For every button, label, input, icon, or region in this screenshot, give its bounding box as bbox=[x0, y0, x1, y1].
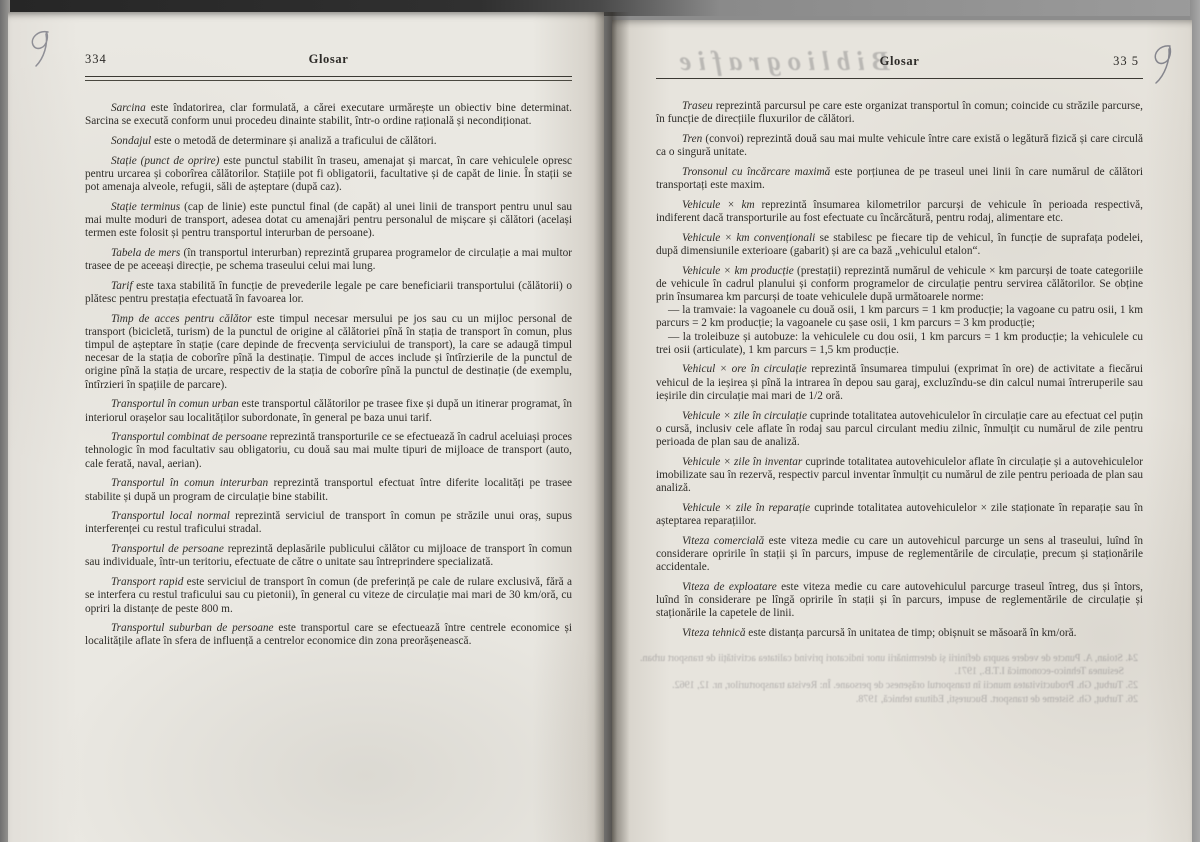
glossary-term: Tren bbox=[682, 133, 702, 145]
glossary-term: Tronsonul cu încărcare maximă bbox=[682, 166, 830, 178]
glossary-entry: Transportul în comun urban este transpor… bbox=[85, 398, 572, 424]
book-page-left: 334 Glosar Sarcina este îndatorirea, cla… bbox=[8, 12, 604, 842]
glossary-entry: Stație (punct de oprire) este punctul st… bbox=[85, 155, 572, 195]
glossary-entry: Viteza tehnică este distanța parcursă în… bbox=[656, 627, 1143, 640]
page-header-right: Glosar 33 5 bbox=[656, 54, 1143, 74]
glossary-entry-text: Viteza de exploatare este viteza medie c… bbox=[656, 581, 1143, 621]
glossary-term: Transportul local normal bbox=[111, 510, 230, 522]
glossary-entry: Viteza de exploatare este viteza medie c… bbox=[656, 581, 1143, 621]
glossary-entry: Viteza comercială este viteza medie cu c… bbox=[656, 535, 1143, 575]
glossary-entry-text: Tabela de mers (în transportul interurba… bbox=[85, 247, 572, 273]
glossary-term: Tarif bbox=[111, 280, 133, 292]
glossary-entry-text: Traseu reprezintă parcursul pe care este… bbox=[656, 100, 1143, 126]
glossary-term: Tabela de mers bbox=[111, 247, 180, 259]
glossary-entry: Stație terminus (cap de linie) este punc… bbox=[85, 201, 572, 241]
glossary-term: Vehicule × zile în circulație bbox=[682, 410, 807, 422]
page-header-left: 334 Glosar bbox=[85, 52, 572, 72]
glossary-entry-text: Transportul local normal reprezintă serv… bbox=[85, 510, 572, 536]
running-title-right: Glosar bbox=[656, 54, 1143, 69]
glossary-term: Sondajul bbox=[111, 135, 151, 147]
glossary-term: Viteza comercială bbox=[682, 535, 764, 547]
glossary-entry: Vehicule × zile în reparație cuprinde to… bbox=[656, 502, 1143, 528]
glossary-entry: Vehicule × zile în inventar cuprinde tot… bbox=[656, 456, 1143, 496]
glossary-entry-subline: — la troleibuze și autobuze: la vehicule… bbox=[656, 331, 1143, 357]
glossary-entry: Transport rapid este serviciul de transp… bbox=[85, 576, 572, 616]
glossary-entries-right: Traseu reprezintă parcursul pe care este… bbox=[656, 100, 1143, 640]
glossary-term: Vehicule × km producție bbox=[682, 265, 794, 277]
running-title-left: Glosar bbox=[85, 52, 572, 67]
glossary-entry-text: Stație (punct de oprire) este punctul st… bbox=[85, 155, 572, 195]
glossary-term: Transportul suburban de persoane bbox=[111, 622, 274, 634]
glossary-entry: Transportul de persoane reprezintă depla… bbox=[85, 543, 572, 569]
glossary-entry: Tronsonul cu încărcare maximă este porți… bbox=[656, 166, 1143, 192]
glossary-entry: Traseu reprezintă parcursul pe care este… bbox=[656, 100, 1143, 126]
glossary-entries-left: Sarcina este îndatorirea, clar formulată… bbox=[85, 102, 572, 649]
glossary-entry: Timp de acces pentru călător este timpul… bbox=[85, 313, 572, 392]
glossary-entry-text: Transportul în comun interurban reprezin… bbox=[85, 477, 572, 503]
glossary-term: Vehicule × zile în inventar bbox=[682, 456, 802, 468]
glossary-term: Vehicule × zile în reparație bbox=[682, 502, 810, 514]
glossary-entry-text: Viteza tehnică este distanța parcursă în… bbox=[656, 627, 1143, 640]
glossary-entry-text: Sarcina este îndatorirea, clar formulată… bbox=[85, 102, 572, 128]
bleedthrough-line: 24. Stoian, A. Puncte de vedere asupra d… bbox=[640, 652, 1138, 678]
glossary-entry: Vehicule × zile în circulație cuprinde t… bbox=[656, 410, 1143, 450]
glossary-term: Viteza tehnică bbox=[682, 627, 745, 639]
glossary-term: Sarcina bbox=[111, 102, 146, 114]
glossary-entry: Vehicule × km producție (prestații) repr… bbox=[656, 265, 1143, 357]
glossary-entry: Vehicule × km reprezintă însumarea kilom… bbox=[656, 199, 1143, 225]
book-page-right: Bibliografie 24. Stoian, A. Puncte de ve… bbox=[612, 20, 1192, 842]
glossary-entry: Sarcina este îndatorirea, clar formulată… bbox=[85, 102, 572, 128]
glossary-entry-text: Stație terminus (cap de linie) este punc… bbox=[85, 201, 572, 241]
glossary-entry-text: Tarif este taxa stabilită în funcție de … bbox=[85, 280, 572, 306]
glossary-term: Vehicule × km bbox=[682, 199, 755, 211]
glossary-entry-text: Vehicule × zile în circulație cuprinde t… bbox=[656, 410, 1143, 450]
bleedthrough-line: 25. Turbuț, Gh. Productivitatea muncii î… bbox=[640, 679, 1138, 692]
glossary-entry-text: Vehicule × km convenționali se stabilesc… bbox=[656, 232, 1143, 258]
glossary-entry-text: Tren (convoi) reprezintă două sau mai mu… bbox=[656, 133, 1143, 159]
glossary-entry-text: Transport rapid este serviciul de transp… bbox=[85, 576, 572, 616]
glossary-term: Transport rapid bbox=[111, 576, 183, 588]
glossary-term: Transportul în comun interurban bbox=[111, 477, 268, 489]
glossary-term: Vehicul × ore în circulație bbox=[682, 363, 807, 375]
glossary-term: Viteza de exploatare bbox=[682, 581, 777, 593]
glossary-entry-text: Viteza comercială este viteza medie cu c… bbox=[656, 535, 1143, 575]
glossary-entry: Vehicule × km convenționali se stabilesc… bbox=[656, 232, 1143, 258]
glossary-term: Transportul în comun urban bbox=[111, 398, 239, 410]
glossary-entry-text: Transportul combinat de persoane reprezi… bbox=[85, 431, 572, 471]
header-rule-left bbox=[85, 76, 572, 81]
glossary-entry: Vehicul × ore în circulație reprezintă î… bbox=[656, 363, 1143, 403]
glossary-term: Timp de acces pentru călător bbox=[111, 313, 252, 325]
glossary-entry: Transportul combinat de persoane reprezi… bbox=[85, 431, 572, 471]
glossary-entry: Transportul suburban de persoane este tr… bbox=[85, 622, 572, 648]
bleedthrough-line: 26. Turbuț, Gh. Sisteme de transport. Bu… bbox=[640, 693, 1138, 706]
glossary-term: Traseu bbox=[682, 100, 713, 112]
glossary-entry-text: Timp de acces pentru călător este timpul… bbox=[85, 313, 572, 392]
glossary-term: Vehicule × km convenționali bbox=[682, 232, 815, 244]
glossary-entry: Transportul local normal reprezintă serv… bbox=[85, 510, 572, 536]
glossary-entry: Tren (convoi) reprezintă două sau mai mu… bbox=[656, 133, 1143, 159]
bleedthrough-bibliography: 24. Stoian, A. Puncte de vedere asupra d… bbox=[640, 652, 1138, 707]
glossary-term: Transportul de persoane bbox=[111, 543, 224, 555]
glossary-entry: Sondajul este o metodă de determinare și… bbox=[85, 135, 572, 148]
glossary-entry: Transportul în comun interurban reprezin… bbox=[85, 477, 572, 503]
glossary-entry-text: Vehicule × zile în reparație cuprinde to… bbox=[656, 502, 1143, 528]
glossary-entry-subline: — la tramvaie: la vagoanele cu două osii… bbox=[656, 304, 1143, 330]
glossary-entry-text: Vehicule × zile în inventar cuprinde tot… bbox=[656, 456, 1143, 496]
glossary-entry-text: Tronsonul cu încărcare maximă este porți… bbox=[656, 166, 1143, 192]
page-number-right: 33 5 bbox=[1113, 54, 1139, 69]
glossary-entry-text: Transportul de persoane reprezintă depla… bbox=[85, 543, 572, 569]
glossary-entry-text: Transportul suburban de persoane este tr… bbox=[85, 622, 572, 648]
glossary-term: Stație terminus bbox=[111, 201, 180, 213]
glossary-term: Stație (punct de oprire) bbox=[111, 155, 219, 167]
glossary-entry-text: Sondajul este o metodă de determinare și… bbox=[85, 135, 572, 148]
glossary-entry-text: Transportul în comun urban este transpor… bbox=[85, 398, 572, 424]
glossary-term: Transportul combinat de persoane bbox=[111, 431, 267, 443]
glossary-entry: Tabela de mers (în transportul interurba… bbox=[85, 247, 572, 273]
glossary-entry-text: Vehicule × km reprezintă însumarea kilom… bbox=[656, 199, 1143, 225]
glossary-entry-text: Vehicule × km producție (prestații) repr… bbox=[656, 265, 1143, 305]
glossary-entry: Tarif este taxa stabilită în funcție de … bbox=[85, 280, 572, 306]
header-rule-right bbox=[656, 78, 1143, 79]
glossary-entry-text: Vehicul × ore în circulație reprezintă î… bbox=[656, 363, 1143, 403]
